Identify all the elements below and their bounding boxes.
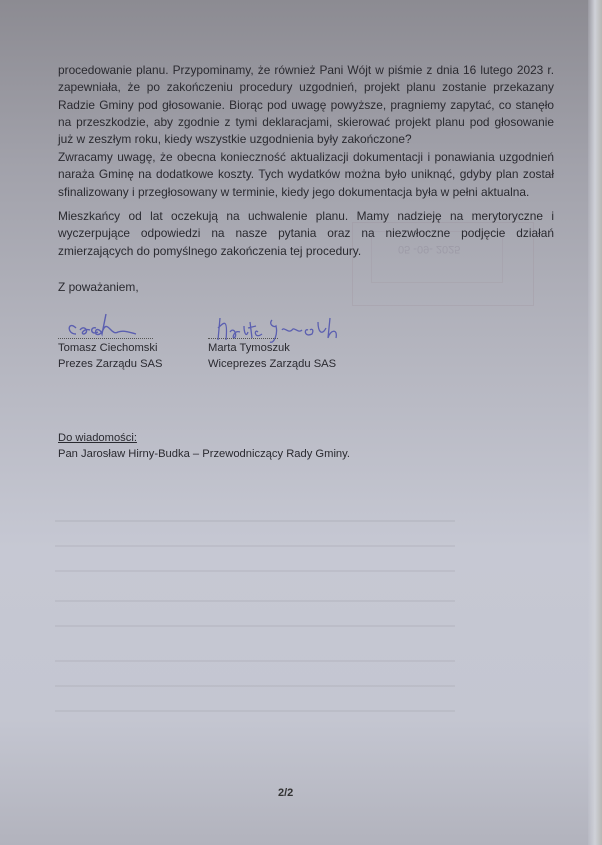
bleed-through-line [55,710,455,712]
closing-salutation: Z poważaniem, [58,280,139,294]
bleed-through-line [55,660,455,662]
bleed-through-line [55,600,455,602]
cc-recipient: Pan Jarosław Hirny-Budka – Przewodnicząc… [58,446,350,462]
handwritten-signature-icon [214,312,364,346]
page-number: 2/2 [278,787,293,799]
bleed-through-line [55,625,455,627]
handwritten-signature-icon [62,310,152,340]
bleed-through-line [55,685,455,687]
signature-block-1: Tomasz Ciechomski Prezes Zarządu SAS [58,340,162,372]
bleed-through-line [55,570,455,572]
cc-label: Do wiadomości: [58,430,350,446]
signatory-title: Wiceprezes Zarządu SAS [208,356,336,372]
signature-line [208,338,278,339]
signature-line [58,338,153,339]
signatory-name: Tomasz Ciechomski [58,340,162,356]
paragraph-1: procedowanie planu. Przypominamy, że rów… [58,62,554,148]
paragraph-3: Mieszkańcy od lat oczekują na uchwalenie… [58,208,554,260]
bleed-through-line [55,520,455,522]
cc-block: Do wiadomości: Pan Jarosław Hirny-Budka … [58,430,350,462]
signature-block-2: Marta Tymoszuk Wiceprezes Zarządu SAS [208,340,336,372]
paper-edge [588,0,602,845]
paragraph-2: Zwracamy uwagę, że obecna konieczność ak… [58,149,554,201]
signatory-title: Prezes Zarządu SAS [58,356,162,372]
bleed-through-line [55,545,455,547]
